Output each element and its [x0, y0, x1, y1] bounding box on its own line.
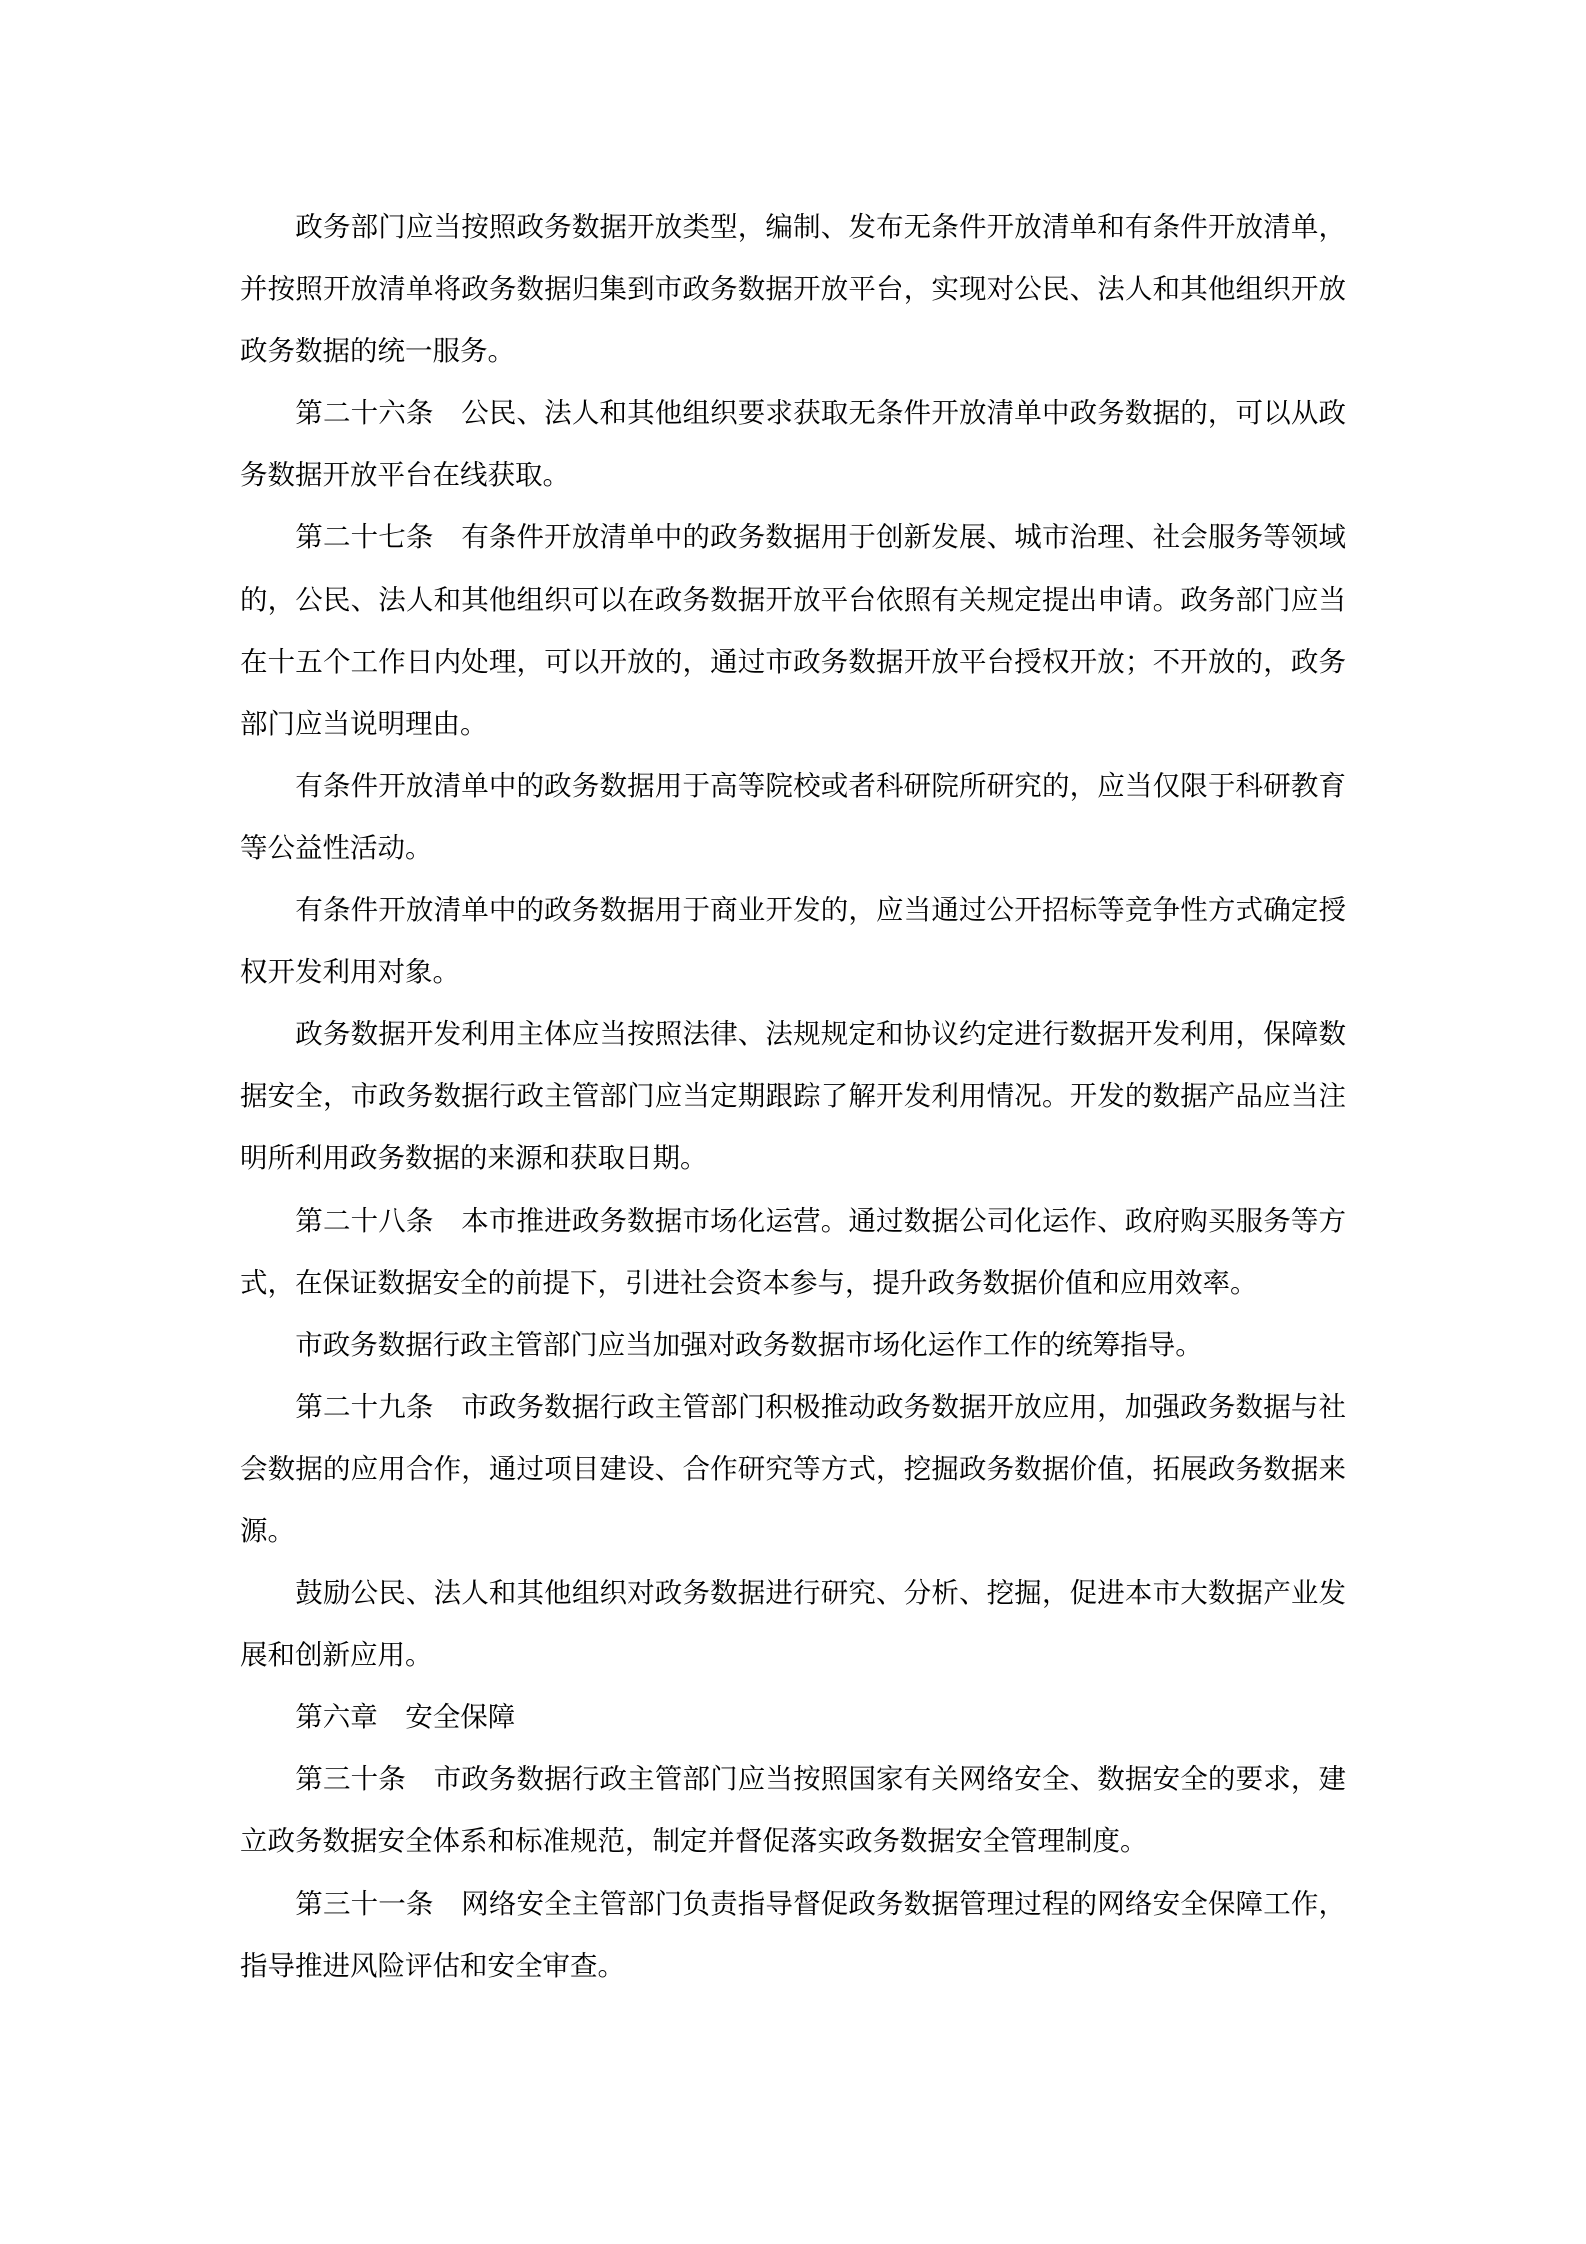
text-line: 据安全，市政务数据行政主管部门应当定期跟踪了解开发利用情况。开发的数据产品应当注: [240, 1079, 1346, 1141]
text-line: 政务部门应当按照政务数据开放类型，编制、发布无条件开放清单和有条件开放清单，: [240, 210, 1346, 272]
text-line: 有条件开放清单中的政务数据用于高等院校或者科研院所研究的，应当仅限于科研教育: [240, 769, 1346, 831]
text-line: 明所利用政务数据的来源和获取日期。: [240, 1141, 1346, 1203]
text-line: 式，在保证数据安全的前提下，引进社会资本参与，提升政务数据价值和应用效率。: [240, 1266, 1346, 1328]
text-line: 务数据开放平台在线获取。: [240, 458, 1346, 520]
document-text-block: 政务部门应当按照政务数据开放类型，编制、发布无条件开放清单和有条件开放清单，并按…: [240, 210, 1346, 2011]
document-page: 政务部门应当按照政务数据开放类型，编制、发布无条件开放清单和有条件开放清单，并按…: [0, 0, 1586, 2244]
text-line: 会数据的应用合作，通过项目建设、合作研究等方式，挖掘政务数据价值，拓展政务数据来: [240, 1452, 1346, 1514]
text-line: 第二十七条 有条件开放清单中的政务数据用于创新发展、城市治理、社会服务等领域: [240, 520, 1346, 582]
text-line: 市政务数据行政主管部门应当加强对政务数据市场化运作工作的统筹指导。: [240, 1328, 1346, 1390]
chapter-heading-line: 第六章 安全保障: [240, 1700, 1346, 1762]
text-line: 第二十六条 公民、法人和其他组织要求获取无条件开放清单中政务数据的，可以从政: [240, 396, 1346, 458]
text-line: 第三十一条 网络安全主管部门负责指导督促政务数据管理过程的网络安全保障工作，: [240, 1887, 1346, 1949]
text-line: 第三十条 市政务数据行政主管部门应当按照国家有关网络安全、数据安全的要求，建: [240, 1762, 1346, 1824]
text-line: 等公益性活动。: [240, 831, 1346, 893]
text-line: 并按照开放清单将政务数据归集到市政务数据开放平台，实现对公民、法人和其他组织开放: [240, 272, 1346, 334]
text-line: 鼓励公民、法人和其他组织对政务数据进行研究、分析、挖掘，促进本市大数据产业发: [240, 1576, 1346, 1638]
text-line: 立政务数据安全体系和标准规范，制定并督促落实政务数据安全管理制度。: [240, 1824, 1346, 1886]
text-line: 源。: [240, 1514, 1346, 1576]
text-line: 展和创新应用。: [240, 1638, 1346, 1700]
text-line: 政务数据开发利用主体应当按照法律、法规规定和协议约定进行数据开发利用，保障数: [240, 1017, 1346, 1079]
text-line: 政务数据的统一服务。: [240, 334, 1346, 396]
text-line: 部门应当说明理由。: [240, 707, 1346, 769]
text-line: 指导推进风险评估和安全审查。: [240, 1949, 1346, 2011]
text-line: 有条件开放清单中的政务数据用于商业开发的，应当通过公开招标等竞争性方式确定授: [240, 893, 1346, 955]
text-line: 第二十九条 市政务数据行政主管部门积极推动政务数据开放应用，加强政务数据与社: [240, 1390, 1346, 1452]
text-line: 的，公民、法人和其他组织可以在政务数据开放平台依照有关规定提出申请。政务部门应当: [240, 583, 1346, 645]
text-line: 权开发利用对象。: [240, 955, 1346, 1017]
text-line: 在十五个工作日内处理，可以开放的，通过市政务数据开放平台授权开放；不开放的，政务: [240, 645, 1346, 707]
text-line: 第二十八条 本市推进政务数据市场化运营。通过数据公司化运作、政府购买服务等方: [240, 1204, 1346, 1266]
